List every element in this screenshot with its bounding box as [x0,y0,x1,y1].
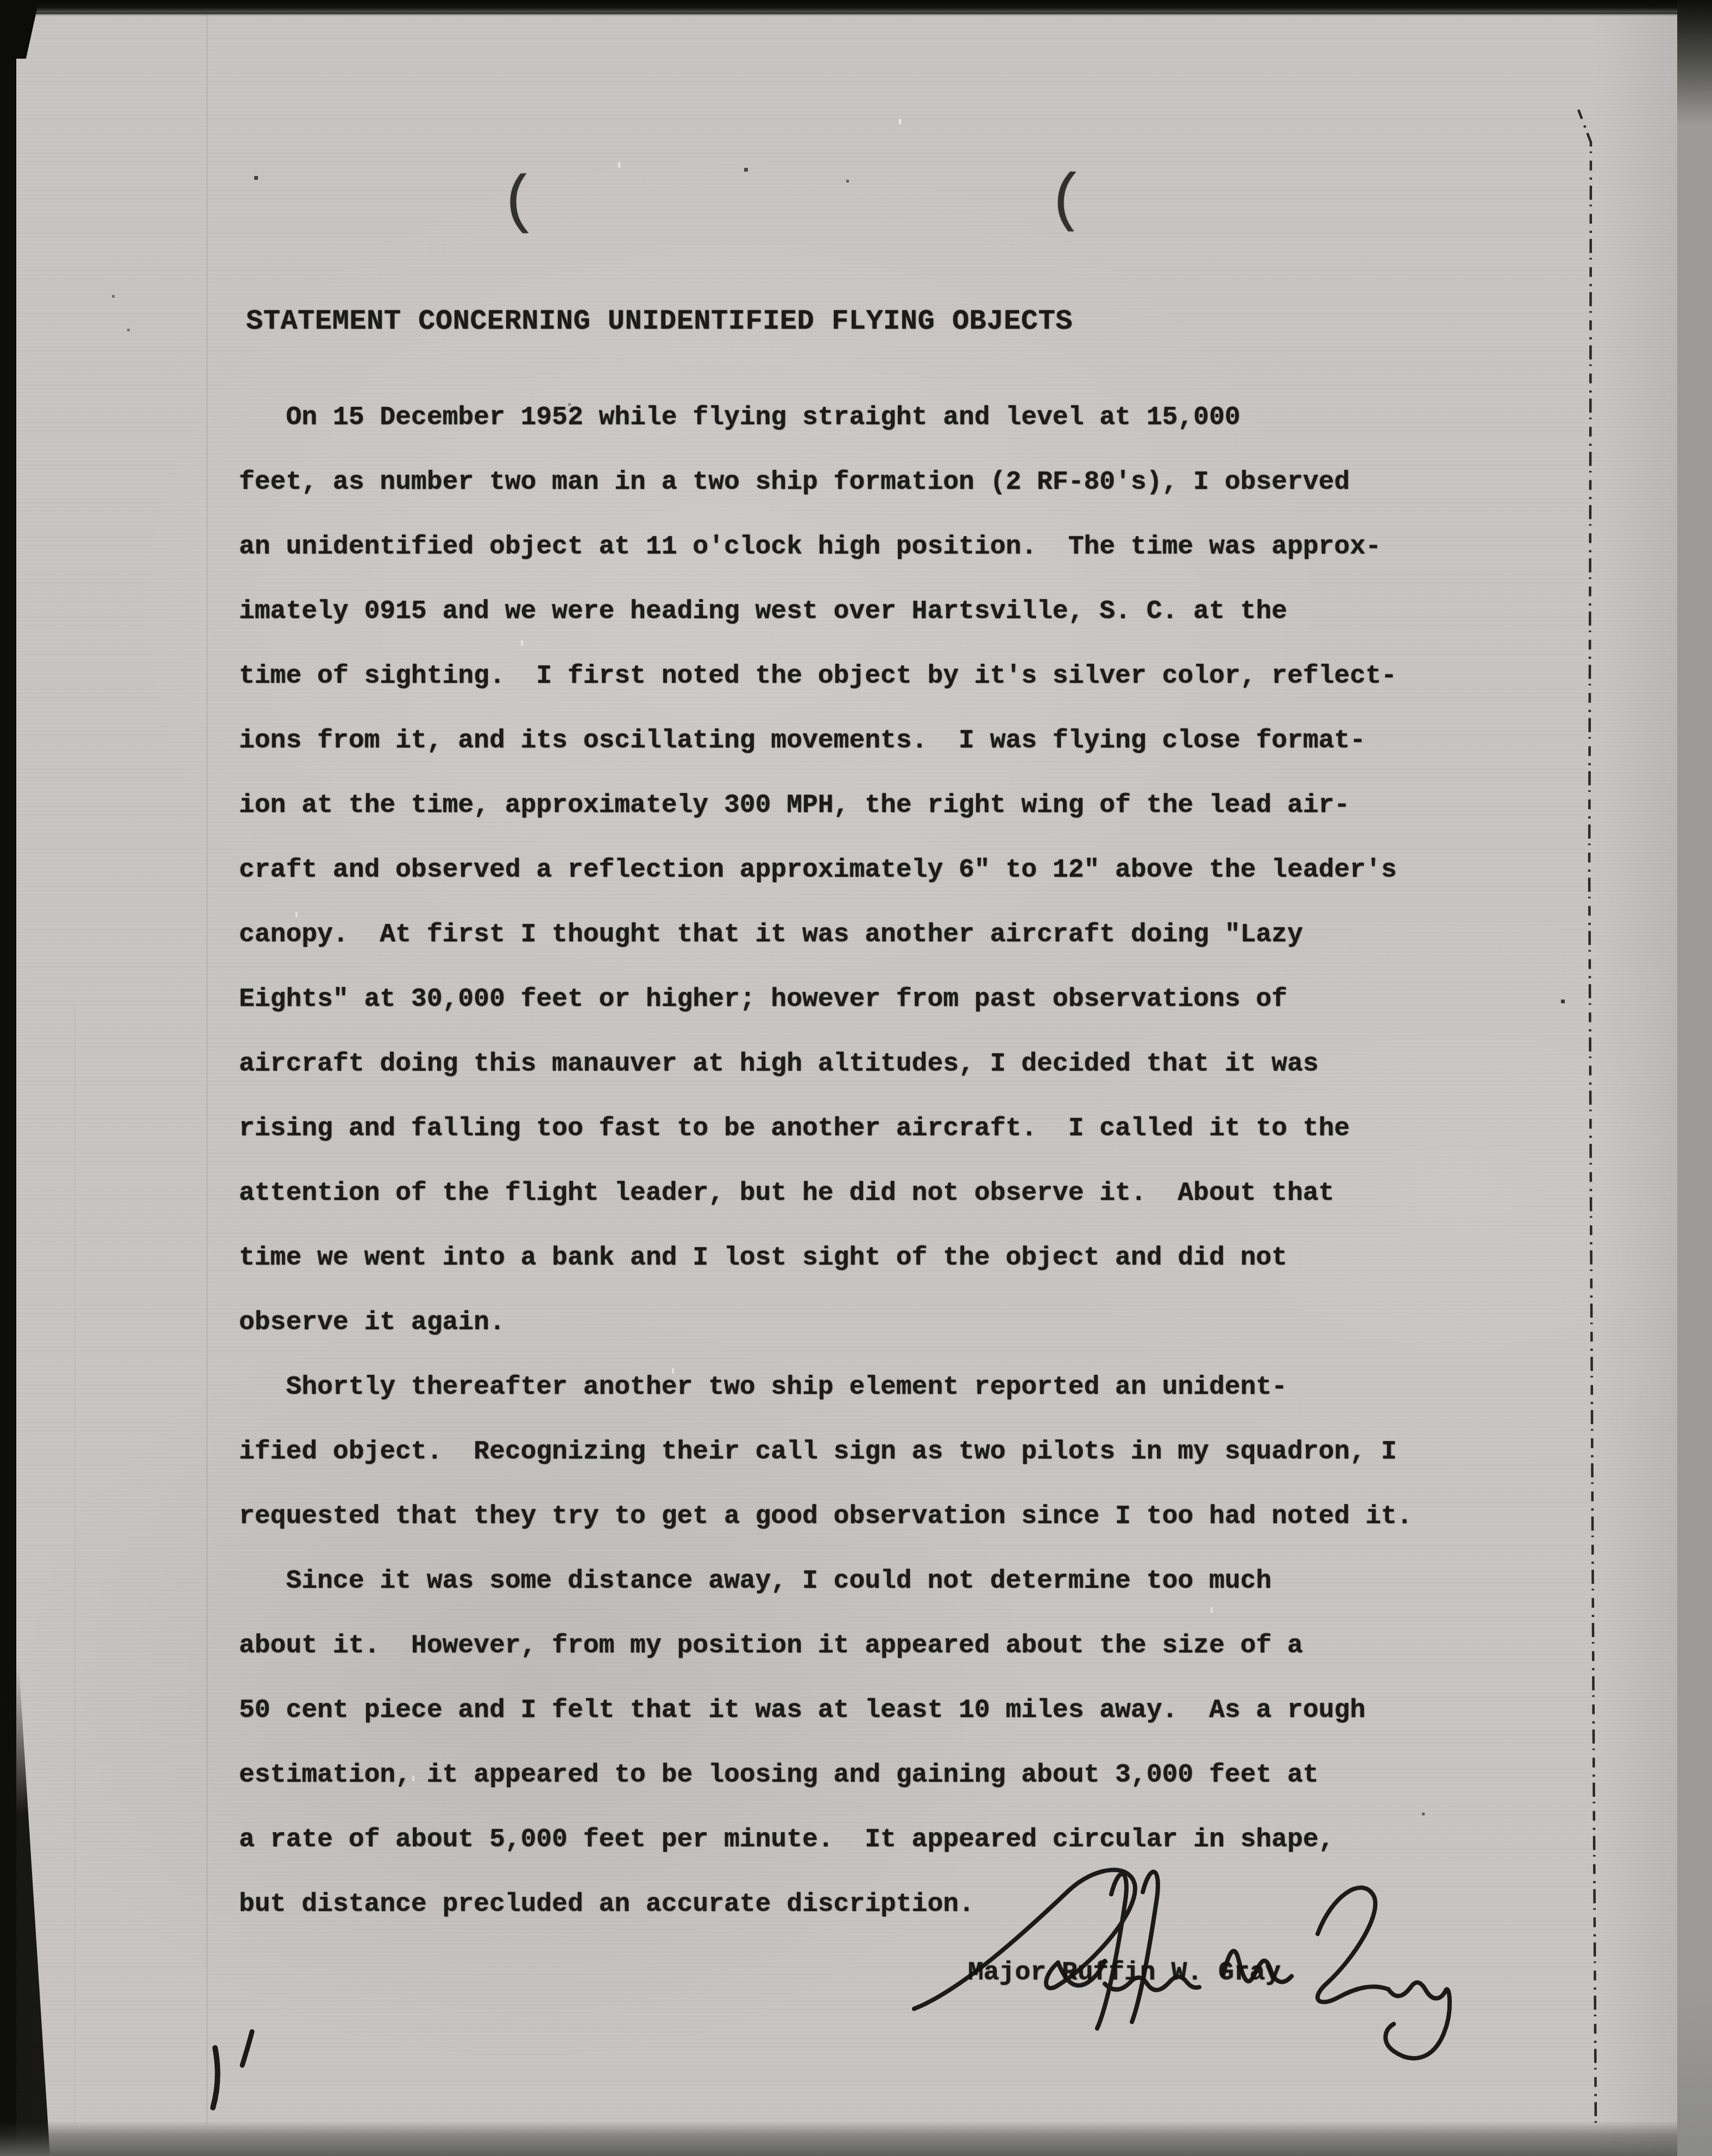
scan-artifact-line [206,14,207,2124]
page-right-shadow [1595,0,1677,2156]
scan-edge-right [1677,0,1712,2156]
typed-line: Since it was some distance away, I could… [239,1549,1412,1614]
typed-line: ion at the time, approximately 300 MPH, … [239,774,1412,838]
typed-line: a rate of about 5,000 feet per minute. I… [239,1808,1412,1872]
scan-artifact-line [74,1005,75,2123]
typed-line: attention of the flight leader, but he d… [239,1161,1412,1226]
typed-signature-line: Major Ruffin W. Gray [968,1951,1281,1995]
typed-line: ified object. Recognizing their call sig… [239,1420,1412,1485]
scanned-document: ( ( STATEMENT CONCERNING UNIDENTIFIED FL… [0,0,1712,2156]
typed-line: canopy. At first I thought that it was a… [239,903,1412,967]
typed-line: time we went into a bank and I lost sigh… [239,1226,1412,1291]
typed-line: feet, as number two man in a two ship fo… [239,450,1412,515]
typed-line: requested that they try to get a good ob… [239,1485,1412,1549]
stray-paren-mark: ( [499,167,539,240]
typed-line: but distance precluded an accurate discr… [239,1872,1412,1937]
typed-line: ions from it, and its oscillating moveme… [239,709,1412,774]
typed-line: estimation, it appeared to be loosing an… [239,1743,1412,1808]
typed-line: Shortly thereafter another two ship elem… [239,1355,1412,1420]
typed-line: On 15 December 1952 while flying straigh… [239,386,1412,450]
typed-line: about it. However, from my position it a… [239,1614,1412,1679]
typed-line: observe it again. [239,1291,1412,1355]
typed-line: aircraft doing this manauver at high alt… [239,1032,1412,1097]
typed-line: rising and falling too fast to be anothe… [239,1097,1412,1161]
scan-edge-top [0,0,1712,16]
typed-line: 50 cent piece and I felt that it was at … [239,1679,1412,1743]
typed-line: imately 0915 and we were heading west ov… [239,580,1412,644]
typed-line: time of sighting. I first noted the obje… [239,644,1412,709]
typed-line: Eights" at 30,000 feet or higher; howeve… [239,967,1412,1032]
document-title: STATEMENT CONCERNING UNIDENTIFIED FLYING… [246,305,1073,338]
body-text: On 15 December 1952 while flying straigh… [239,386,1412,1937]
scan-edge-bottom [0,2121,1677,2156]
typed-line: craft and observed a reflection approxim… [239,838,1412,903]
paper-flecks [0,0,1,4]
typed-line: an unidentified object at 11 o'clock hig… [239,515,1412,580]
stray-paren-mark: ( [1046,165,1087,238]
